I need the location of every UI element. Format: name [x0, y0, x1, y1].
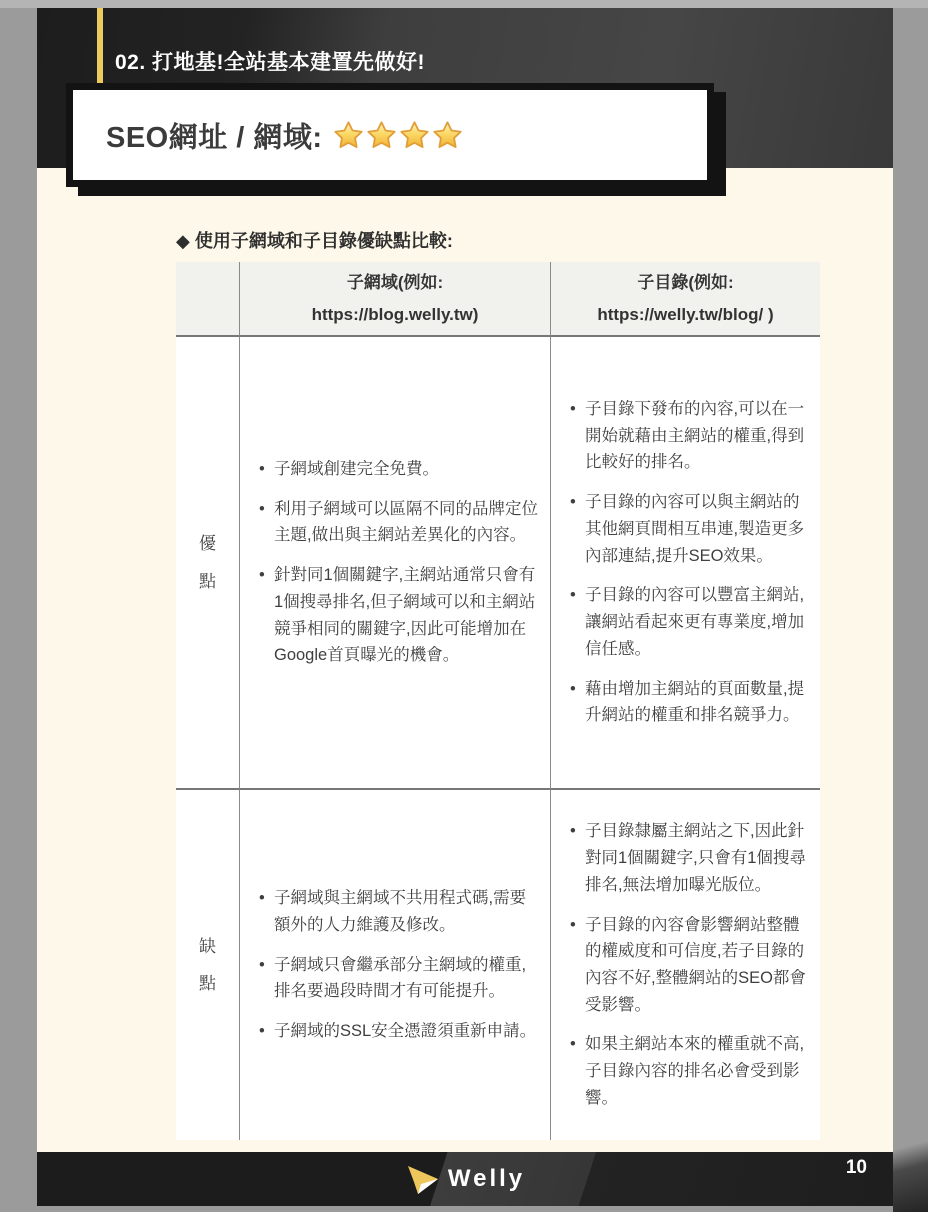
list-item: 子目錄的內容會影響網站整體的權威度和可信度,若子目錄的內容不好,整體網站的SEO…: [568, 912, 808, 1019]
list-item: 針對同1個關鍵字,主網站通常只會有1個搜尋排名,但子網域可以和主網站競爭相同的關…: [257, 562, 538, 669]
advantages-subdirectory-cell: 子目錄下發布的內容,可以在一開始就藉由主網站的權重,得到比較好的排名。 子目錄的…: [551, 337, 820, 790]
brand-name: Welly: [448, 1165, 525, 1193]
bullet-list: 子網域與主網域不共用程式碼,需要額外的人力維護及修改。 子網域只會繼承部分主網域…: [257, 885, 538, 1045]
list-item: 子目錄的內容可以豐富主網站,讓網站看起來更有專業度,增加信任感。: [568, 582, 808, 662]
table-header-subdomain: 子網域(例如: https://blog.welly.tw): [240, 262, 551, 337]
list-item: 子目錄隸屬主網站之下,因此針對同1個關鍵字,只會有1個搜尋排名,無法增加曝光版位…: [568, 818, 808, 898]
star-icon: [333, 120, 364, 151]
list-item: 子目錄下發布的內容,可以在一開始就藉由主網站的權重,得到比較好的排名。: [568, 396, 808, 476]
list-item: 利用子網域可以區隔不同的品牌定位主題,做出與主網站差異化的內容。: [257, 496, 538, 549]
star-icon: [399, 120, 430, 151]
page: 02. 打地基!全站基本建置先做好! SEO網址 / 網域: ◆ 使用子網域和子…: [0, 0, 928, 1212]
comparison-table: 子網域(例如: https://blog.welly.tw) 子目錄(例如: h…: [176, 262, 820, 1140]
accent-line: [97, 8, 103, 85]
list-item: 子網域的SSL安全憑證須重新申請。: [257, 1018, 538, 1045]
table-header-empty: [176, 262, 240, 337]
page-title: SEO網址 / 網域:: [106, 115, 323, 156]
list-item: 藉由增加主網站的頁面數量,提升網站的權重和排名競爭力。: [568, 676, 808, 729]
bullet-list: 子目錄隸屬主網站之下,因此針對同1個關鍵字,只會有1個搜尋排名,無法增加曝光版位…: [568, 818, 808, 1111]
bullet-list: 子網域創建完全免費。 利用子網域可以區隔不同的品牌定位主題,做出與主網站差異化的…: [257, 456, 538, 669]
row-label-disadvantages: 缺點: [176, 790, 240, 1140]
list-item: 如果主網站本來的權重就不高,子目錄內容的排名必會受到影響。: [568, 1031, 808, 1111]
disadvantages-subdirectory-cell: 子目錄隸屬主網站之下,因此針對同1個關鍵字,只會有1個搜尋排名,無法增加曝光版位…: [551, 790, 820, 1140]
slide-sheet: 02. 打地基!全站基本建置先做好! SEO網址 / 網域: ◆ 使用子網域和子…: [37, 8, 893, 1206]
page-number: 10: [846, 1157, 867, 1179]
frame-corner-decoration: [893, 1140, 928, 1212]
table-header-subdirectory: 子目錄(例如: https://welly.tw/blog/ ): [551, 262, 820, 337]
star-rating: [331, 120, 463, 151]
star-icon: [366, 120, 397, 151]
list-item: 子網域與主網域不共用程式碼,需要額外的人力維護及修改。: [257, 885, 538, 938]
bullet-list: 子目錄下發布的內容,可以在一開始就藉由主網站的權重,得到比較好的排名。 子目錄的…: [568, 396, 808, 729]
welly-logo-icon: [405, 1163, 441, 1196]
star-icon: [432, 120, 463, 151]
list-item: 子網域創建完全免費。: [257, 456, 538, 483]
comparison-heading: ◆ 使用子網域和子目錄優缺點比較:: [176, 227, 453, 253]
frame-top-strip: [0, 0, 928, 8]
slide-footer: Welly 10: [37, 1152, 893, 1206]
row-label-advantages: 優點: [176, 337, 240, 790]
brand-logo: Welly: [405, 1163, 525, 1196]
advantages-subdomain-cell: 子網域創建完全免費。 利用子網域可以區隔不同的品牌定位主題,做出與主網站差異化的…: [240, 337, 551, 790]
disadvantages-subdomain-cell: 子網域與主網域不共用程式碼,需要額外的人力維護及修改。 子網域只會繼承部分主網域…: [240, 790, 551, 1140]
title-box: SEO網址 / 網域:: [66, 83, 714, 187]
section-label: 02. 打地基!全站基本建置先做好!: [115, 46, 425, 76]
list-item: 子目錄的內容可以與主網站的其他網頁間相互串連,製造更多內部連結,提升SEO效果。: [568, 489, 808, 569]
list-item: 子網域只會繼承部分主網域的權重,排名要過段時間才有可能提升。: [257, 952, 538, 1005]
